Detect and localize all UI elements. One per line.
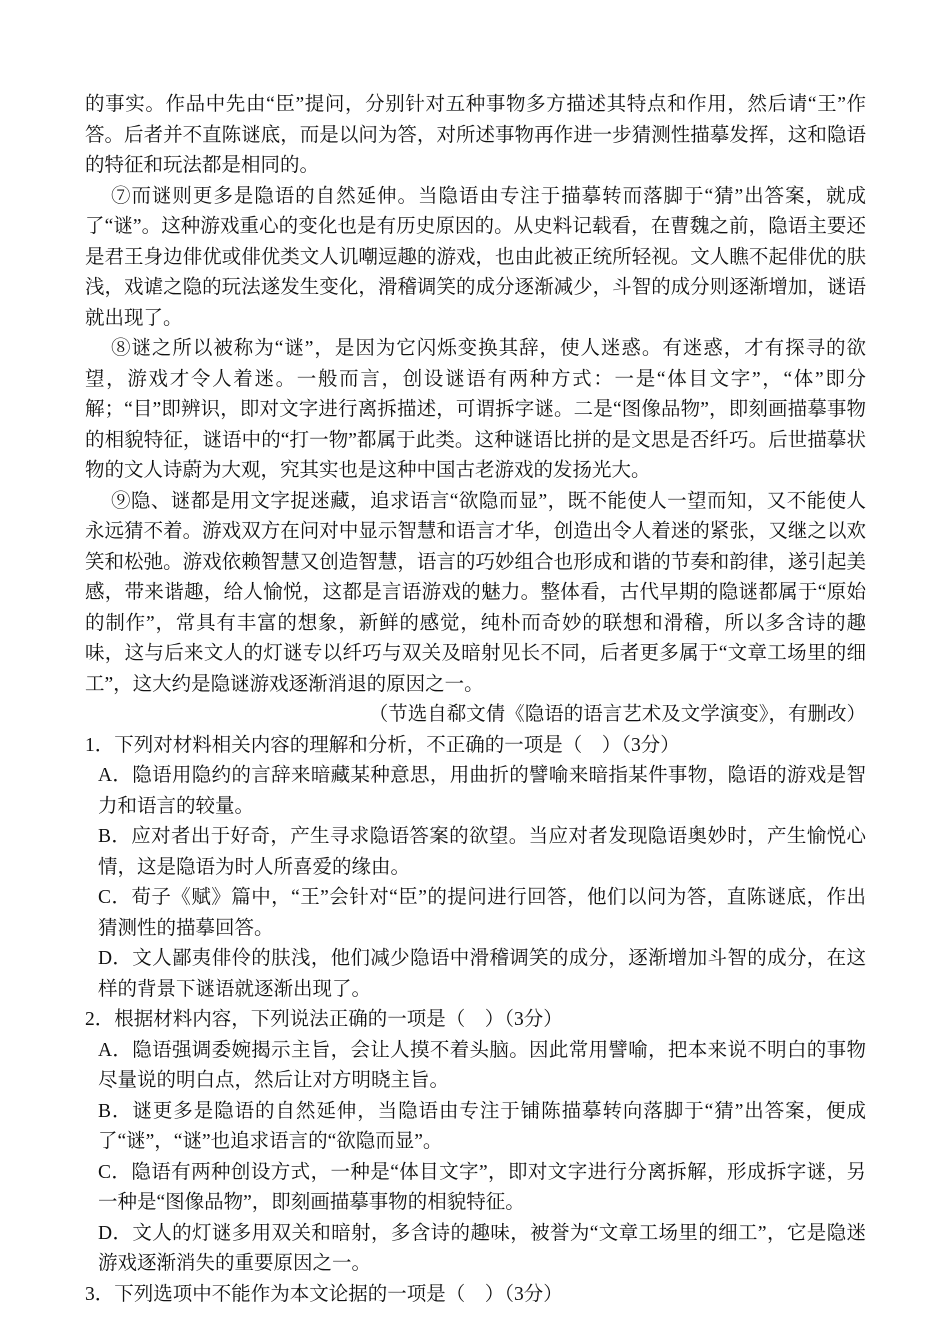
option-text: 应对者出于好奇，产生寻求隐语答案的欲望。当应对者发现隐语奥妙时，产生愉悦心情，这… [98,826,866,878]
option-label: D． [98,948,132,969]
option-label: D． [98,1223,132,1244]
option-row: A．隐语强调委婉揭示主旨，会让人摸不着头脑。因此常用譬喻，把本来说不明白的事物尽… [85,1036,866,1097]
question-number: 2． [85,1009,114,1030]
option-text: 隐语用隐约的言辞来暗藏某种意思，用曲折的譬喻来暗指某件事物，隐语的游戏是智力和语… [98,765,866,817]
option-text: 文人鄙夷俳伶的肤浅，他们减少隐语中滑稽调笑的成分，逐渐增加斗智的成分，在这样的背… [98,948,866,1000]
question-3-stem-line: 3．下列选项中不能作为本文论据的一项是（ ）（3分） [85,1280,866,1311]
question-stem: 下列对材料相关内容的理解和分析，不正确的一项是（ ）（3分） [114,735,680,756]
option-text: 荀子《赋》篇中，“王”会针对“臣”的提问进行回答，他们以问为答，直陈谜底，作出猜… [98,887,866,939]
option-row: C．隐语有两种创设方式，一种是“体目文字”，即对文字进行分离拆解，形成拆字谜，另… [85,1158,866,1219]
exam-page: 的事实。作品中先由“臣”提问，分别针对五种事物多方描述其特点和作用，然后请“王”… [0,0,950,1344]
body-paragraph-7: ⑦而谜则更多是隐语的自然延伸。当隐语由专注于描摹转而落脚于“猜”出答案，就成了“… [85,182,866,335]
question-3: 3．下列选项中不能作为本文论据的一项是（ ）（3分） [85,1280,866,1311]
option-text: 谜更多是隐语的自然延伸，当隐语由专注于铺陈描摹转向落脚于“猜”出答案，便成了“谜… [98,1101,866,1153]
option-text: 隐语有两种创设方式，一种是“体目文字”，即对文字进行分离拆解，形成拆字谜，另一种… [98,1162,866,1214]
question-1-stem-line: 1．下列对材料相关内容的理解和分析，不正确的一项是（ ）（3分） [85,731,866,762]
attribution-line: （节选自郗文倩《隐语的语言艺术及文学演变》，有删改） [85,700,866,731]
option-row: B．谜更多是隐语的自然延伸，当隐语由专注于铺陈描摹转向落脚于“猜”出答案，便成了… [85,1097,866,1158]
question-2-stem-line: 2．根据材料内容，下列说法正确的一项是（ ）（3分） [85,1005,866,1036]
question-number: 3． [85,1284,114,1305]
option-row: C．荀子《赋》篇中，“王”会针对“臣”的提问进行回答，他们以问为答，直陈谜底，作… [85,883,866,944]
body-paragraph-continuation: 的事实。作品中先由“臣”提问，分别针对五种事物多方描述其特点和作用，然后请“王”… [85,90,866,182]
option-label: C． [98,1162,131,1183]
option-label: C． [98,887,131,908]
option-text: 隐语强调委婉揭示主旨，会让人摸不着头脑。因此常用譬喻，把本来说不明白的事物尽量说… [98,1040,866,1092]
option-row: A．隐语用隐约的言辞来暗藏某种意思，用曲折的譬喻来暗指某件事物，隐语的游戏是智力… [85,761,866,822]
option-label: A． [98,1040,132,1061]
option-label: A． [98,765,132,786]
question-1: 1．下列对材料相关内容的理解和分析，不正确的一项是（ ）（3分） A．隐语用隐约… [85,731,866,1006]
question-2: 2．根据材料内容，下列说法正确的一项是（ ）（3分） A．隐语强调委婉揭示主旨，… [85,1005,866,1280]
option-row: B．应对者出于好奇，产生寻求隐语答案的欲望。当应对者发现隐语奥妙时，产生愉悦心情… [85,822,866,883]
question-number: 1． [85,735,114,756]
body-paragraph-8: ⑧谜之所以被称为“谜”，是因为它闪烁变换其辞，使人迷惑。有迷惑，才有探寻的欲望，… [85,334,866,487]
option-label: B． [98,1101,132,1122]
question-stem: 根据材料内容，下列说法正确的一项是（ ）（3分） [114,1009,563,1030]
option-text: 文人的灯谜多用双关和暗射，多含诗的趣味，被誉为“文章工场里的细工”，它是隐迷游戏… [98,1223,866,1275]
body-paragraph-9: ⑨隐、谜都是用文字捉迷藏，追求语言“欲隐而显”，既不能使人一望而知，又不能使人永… [85,487,866,701]
option-label: B． [98,826,131,847]
question-stem: 下列选项中不能作为本文论据的一项是（ ）（3分） [114,1284,563,1305]
option-row: D．文人的灯谜多用双关和暗射，多含诗的趣味，被誉为“文章工场里的细工”，它是隐迷… [85,1219,866,1280]
option-row: D．文人鄙夷俳伶的肤浅，他们减少隐语中滑稽调笑的成分，逐渐增加斗智的成分，在这样… [85,944,866,1005]
